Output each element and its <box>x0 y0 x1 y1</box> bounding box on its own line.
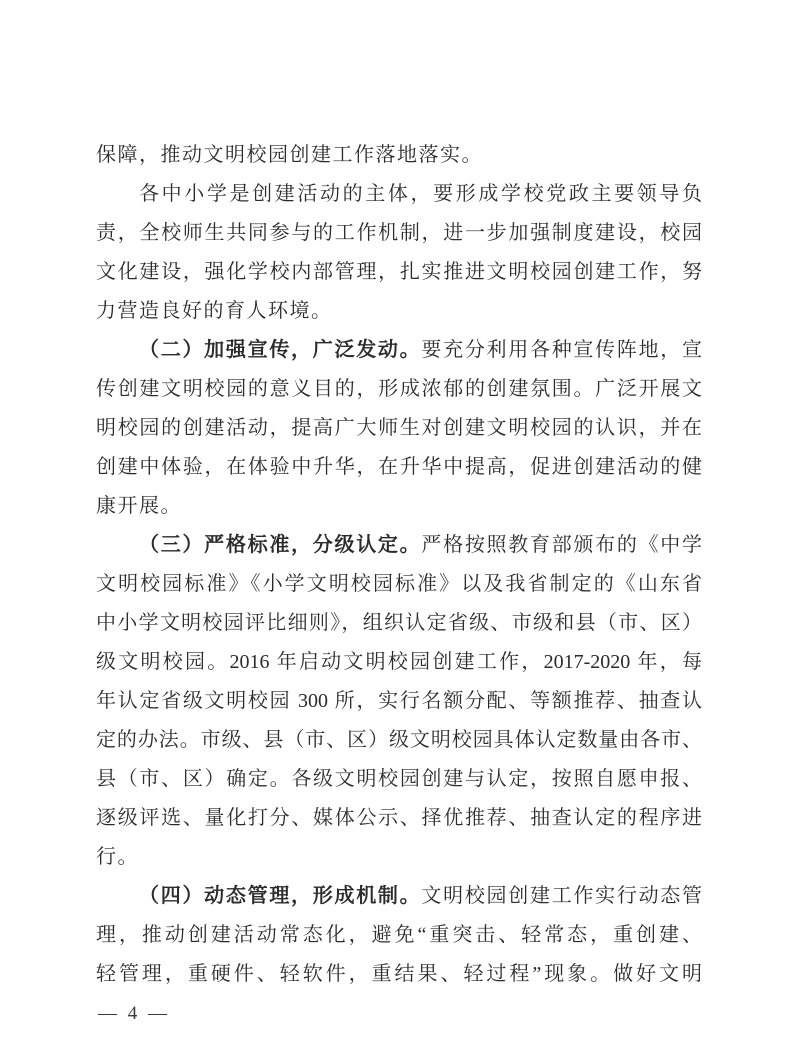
text-line: 逐级评选、量化打分、媒体公示、择优推荐、抽查认定的程序进 <box>96 799 702 838</box>
text-line: 理，推动创建活动常态化，避免“重突击、轻常态，重创建、 <box>96 916 702 955</box>
text-line: 文化建设，强化学校内部管理，扎实推进文明校园创建工作，努 <box>96 253 702 292</box>
body-text: 行。 <box>96 846 139 868</box>
text-line: 康开展。 <box>96 487 702 526</box>
body-text: 力营造良好的育人环境。 <box>96 300 333 322</box>
section-heading-text: （三）严格标准，分级认定。 <box>139 534 421 556</box>
text-line: 各中小学是创建活动的主体，要形成学校党政主要领导负 <box>96 175 702 214</box>
page-number-label: — 4 — <box>98 1003 170 1024</box>
text-line: 明校园的创建活动，提高广大师生对创建文明校园的认识，并在 <box>96 409 702 448</box>
text-line: 县（市、区）确定。各级文明校园创建与认定，按照自愿申报、 <box>96 760 702 799</box>
text-line: （二）加强宣传，广泛发动。要充分利用各种宣传阵地，宣 <box>96 331 702 370</box>
page-number: — 4 — <box>98 1001 170 1027</box>
text-line: 传创建文明校园的意义目的，形成浓郁的创建氛围。广泛开展文 <box>96 370 702 409</box>
text-line: 责，全校师生共同参与的工作机制，进一步加强制度建设，校园 <box>96 214 702 253</box>
body-text: 责，全校师生共同参与的工作机制，进一步加强制度建设，校园 <box>96 222 702 244</box>
body-text: 严格按照教育部颁布的《中学 <box>421 534 702 556</box>
section-heading-text: （二）加强宣传，广泛发动。 <box>139 339 421 361</box>
body-text: 逐级评选、量化打分、媒体公示、择优推荐、抽查认定的程序进 <box>96 807 702 829</box>
text-line: 创建中体验，在体验中升华，在升华中提高，促进创建活动的健 <box>96 448 702 487</box>
body-text: 康开展。 <box>96 495 182 517</box>
text-line: 文明校园标准》《小学文明校园标准》以及我省制定的《山东省 <box>96 565 702 604</box>
body-text: 传创建文明校园的意义目的，形成浓郁的创建氛围。广泛开展文 <box>96 378 702 400</box>
text-line: 年认定省级文明校园 300 所，实行名额分配、等额推荐、抽查认 <box>96 682 702 721</box>
body-text: 级文明校园。2016 年启动文明校园创建工作，2017-2020 年，每 <box>96 651 702 673</box>
body-text: 保障，推动文明校园创建工作落地落实。 <box>96 144 483 166</box>
body-text: 轻管理，重硬件、轻软件，重结果、轻过程”现象。做好文明 <box>96 963 702 985</box>
document-body: 保障，推动文明校园创建工作落地落实。各中小学是创建活动的主体，要形成学校党政主要… <box>96 136 702 994</box>
text-line: 定的办法。市级、县（市、区）级文明校园具体认定数量由各市、 <box>96 721 702 760</box>
body-text: 定的办法。市级、县（市、区）级文明校园具体认定数量由各市、 <box>96 729 702 751</box>
text-line: 轻管理，重硬件、轻软件，重结果、轻过程”现象。做好文明 <box>96 955 702 994</box>
body-text: 要充分利用各种宣传阵地，宣 <box>421 339 702 361</box>
text-line: 中小学文明校园评比细则》，组织认定省级、市级和县（市、区） <box>96 604 702 643</box>
body-text: 中小学文明校园评比细则》，组织认定省级、市级和县（市、区） <box>96 612 702 634</box>
body-text: 各中小学是创建活动的主体，要形成学校党政主要领导负 <box>139 183 702 205</box>
text-line: 行。 <box>96 838 702 877</box>
text-line: 力营造良好的育人环境。 <box>96 292 702 331</box>
document-page: 保障，推动文明校园创建工作落地落实。各中小学是创建活动的主体，要形成学校党政主要… <box>0 0 792 1056</box>
body-text: 明校园的创建活动，提高广大师生对创建文明校园的认识，并在 <box>96 417 702 439</box>
text-line: 保障，推动文明校园创建工作落地落实。 <box>96 136 702 175</box>
body-text: 文化建设，强化学校内部管理，扎实推进文明校园创建工作，努 <box>96 261 702 283</box>
body-text: 文明校园创建工作实行动态管 <box>421 885 702 907</box>
body-text: 理，推动创建活动常态化，避免“重突击、轻常态，重创建、 <box>96 924 702 946</box>
section-heading-text: （四）动态管理，形成机制。 <box>139 885 421 907</box>
body-text: 县（市、区）确定。各级文明校园创建与认定，按照自愿申报、 <box>96 768 702 790</box>
body-text: 文明校园标准》《小学文明校园标准》以及我省制定的《山东省 <box>96 573 702 595</box>
text-line: （三）严格标准，分级认定。严格按照教育部颁布的《中学 <box>96 526 702 565</box>
body-text: 创建中体验，在体验中升华，在升华中提高，促进创建活动的健 <box>96 456 702 478</box>
text-line: （四）动态管理，形成机制。文明校园创建工作实行动态管 <box>96 877 702 916</box>
body-text: 年认定省级文明校园 300 所，实行名额分配、等额推荐、抽查认 <box>96 690 702 712</box>
text-line: 级文明校园。2016 年启动文明校园创建工作，2017-2020 年，每 <box>96 643 702 682</box>
